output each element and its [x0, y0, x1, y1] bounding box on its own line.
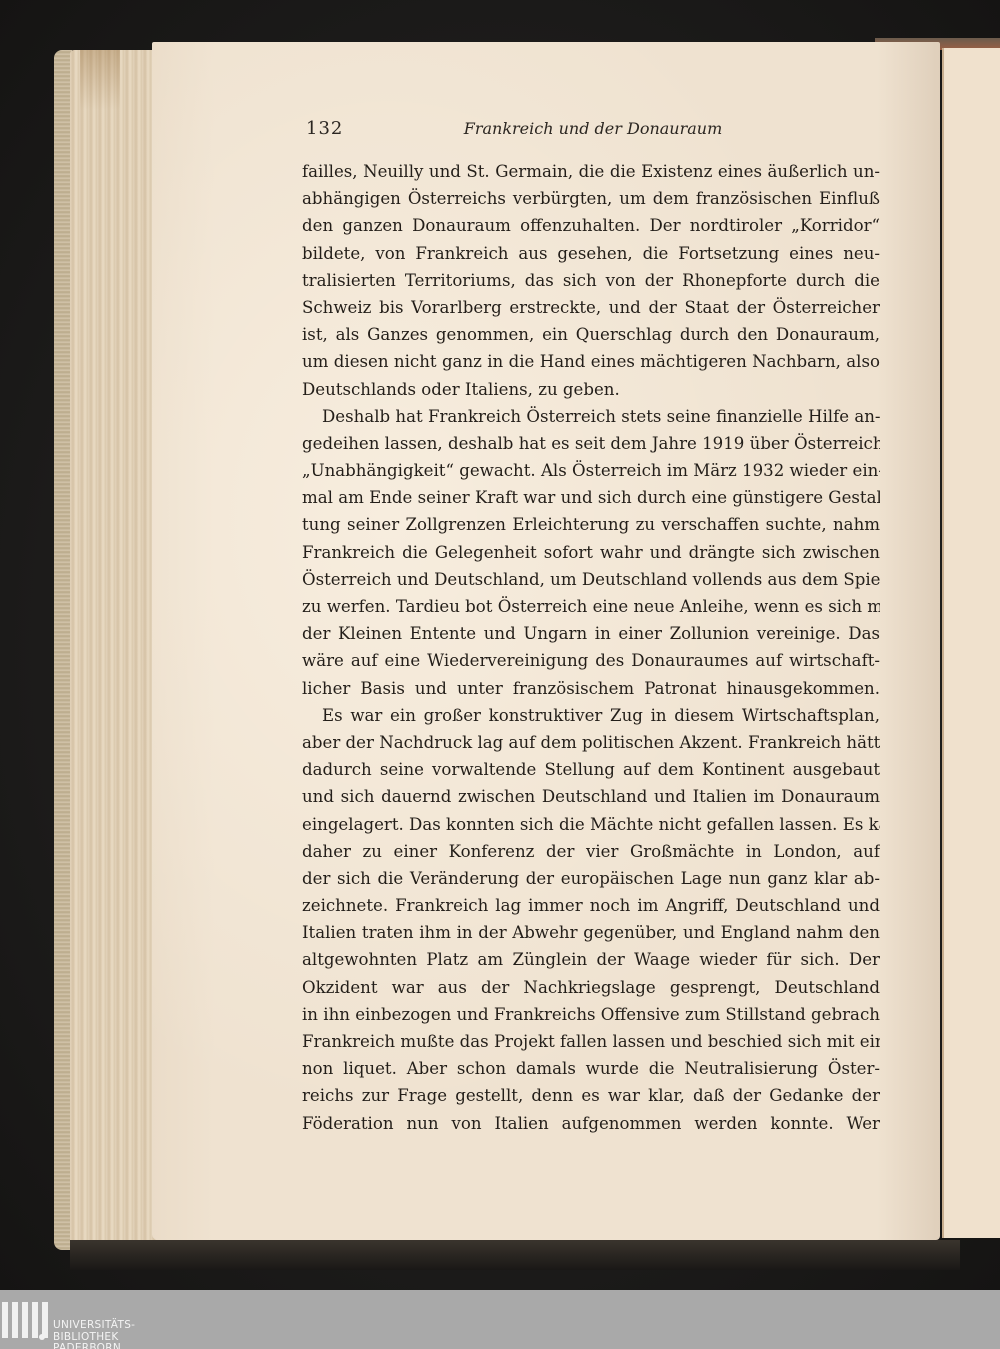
text-line: den ganzen Donauraum offenzuhalten. Der … — [302, 212, 880, 239]
text-line: Es war ein großer konstruktiver Zug in d… — [302, 702, 880, 729]
text-line: Frankreich mußte das Projekt fallen lass… — [302, 1028, 880, 1055]
text-line: gedeihen lassen, deshalb hat es seit dem… — [302, 430, 880, 457]
text-line: Österreich und Deutschland, um Deutschla… — [302, 566, 880, 593]
text-line: non liquet. Aber schon damals wurde die … — [302, 1055, 880, 1082]
text-line: eingelagert. Das konnten sich die Mächte… — [302, 811, 880, 838]
text-line: zu werfen. Tardieu bot Österreich eine n… — [302, 593, 880, 620]
text-line: altgewohnten Platz am Zünglein der Waage… — [302, 946, 880, 973]
text-line: der Kleinen Entente und Ungarn in einer … — [302, 620, 880, 647]
body-text: failles, Neuilly und St. Germain, die di… — [302, 158, 880, 1137]
text-line: zeichnete. Frankreich lag immer noch im … — [302, 892, 880, 919]
text-line: mal am Ende seiner Kraft war und sich du… — [302, 484, 880, 511]
text-line: reichs zur Frage gestellt, denn es war k… — [302, 1082, 880, 1109]
text-line: wäre auf eine Wiedervereinigung des Dona… — [302, 647, 880, 674]
text-line: failles, Neuilly und St. Germain, die di… — [302, 158, 880, 185]
text-line: daher zu einer Konferenz der vier Großmä… — [302, 838, 880, 865]
library-name-line: PADERBORN — [53, 1343, 135, 1349]
logo-dot-icon — [39, 1334, 45, 1340]
page-edges — [70, 50, 160, 1250]
text-line: Deutschlands oder Italiens, zu geben. — [302, 376, 880, 403]
book-bottom-edge — [70, 1240, 960, 1270]
text-line: tralisierten Territoriums, das sich von … — [302, 267, 880, 294]
text-line: ist, als Ganzes genommen, ein Querschlag… — [302, 321, 880, 348]
running-title: Frankreich und der Donauraum — [306, 119, 880, 138]
text-line: um diesen nicht ganz in die Hand eines m… — [302, 348, 880, 375]
text-line: Italien traten ihm in der Abwehr gegenüb… — [302, 919, 880, 946]
facing-page — [942, 48, 1000, 1238]
text-line: licher Basis und unter französischem Pat… — [302, 675, 880, 702]
text-line: in ihn einbezogen und Frankreichs Offens… — [302, 1001, 880, 1028]
page-header: 132 Frankreich und der Donauraum — [306, 118, 880, 146]
text-line: dadurch seine vorwaltende Stellung auf d… — [302, 756, 880, 783]
text-line: Föderation nun von Italien aufgenommen w… — [302, 1110, 880, 1137]
text-line: abhängigen Österreichs verbürgten, um de… — [302, 185, 880, 212]
text-line: der sich die Veränderung der europäische… — [302, 865, 880, 892]
text-line: und sich dauernd zwischen Deutschland un… — [302, 783, 880, 810]
library-footer: UNIVERSITÄTS- BIBLIOTHEK PADERBORN — [0, 1290, 1000, 1349]
library-name: UNIVERSITÄTS- BIBLIOTHEK PADERBORN — [53, 1320, 135, 1349]
text-line: tung seiner Zollgrenzen Erleichterung zu… — [302, 511, 880, 538]
library-logo-icon — [2, 1302, 48, 1338]
library-name-line: UNIVERSITÄTS- — [53, 1320, 135, 1332]
text-line: Okzident war aus der Nachkriegslage gesp… — [302, 974, 880, 1001]
text-line: aber der Nachdruck lag auf dem politisch… — [302, 729, 880, 756]
text-line: Deshalb hat Frankreich Österreich stets … — [302, 403, 880, 430]
text-line: Frankreich die Gelegenheit sofort wahr u… — [302, 539, 880, 566]
text-line: Schweiz bis Vorarlberg erstreckte, und d… — [302, 294, 880, 321]
text-line: bildete, von Frankreich aus gesehen, die… — [302, 240, 880, 267]
text-line: „Unabhängigkeit“ gewacht. Als Österreich… — [302, 457, 880, 484]
